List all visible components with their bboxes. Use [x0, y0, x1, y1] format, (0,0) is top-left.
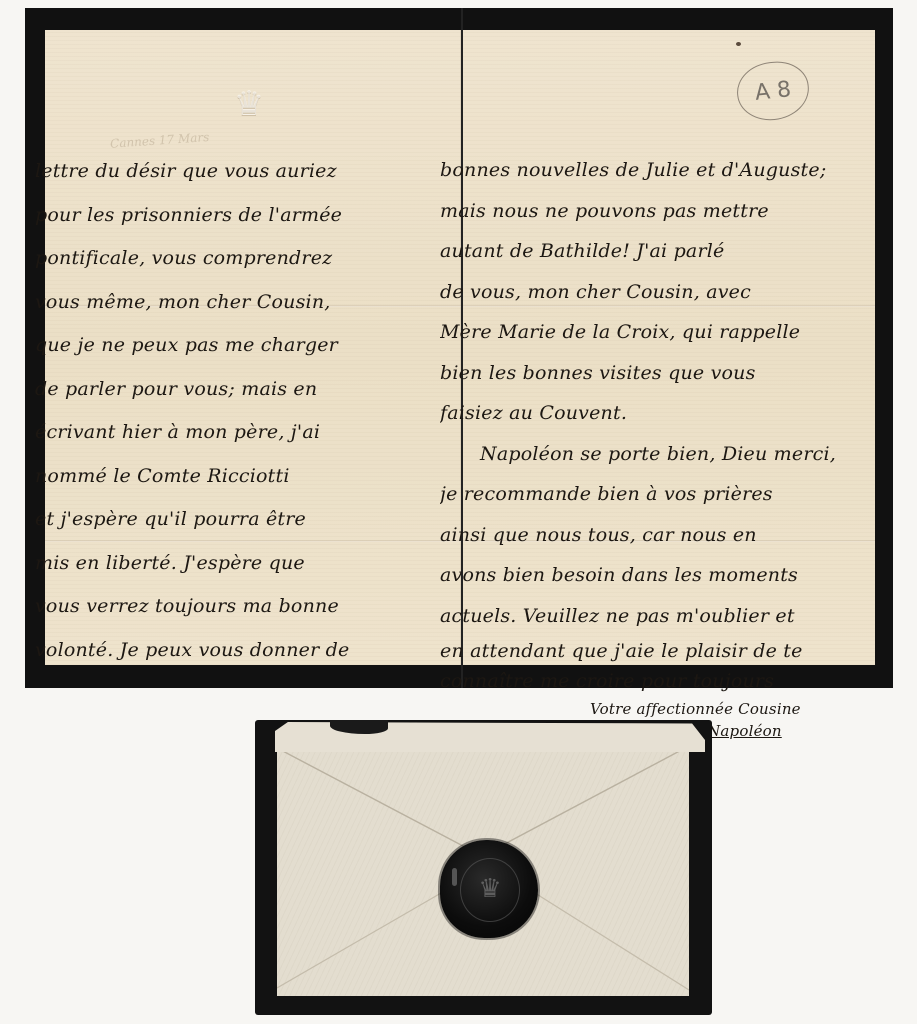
- text-line: Mère Marie de la Croix, qui rappelle: [440, 312, 840, 353]
- text-line: lettre du désir que vous auriez: [35, 150, 425, 194]
- text-line: et j'espère qu'il pourra être: [35, 498, 425, 542]
- text-line: avons bien besoin dans les moments: [440, 555, 840, 596]
- text-line: nommé le Comte Ricciotti: [35, 455, 425, 499]
- wax-seal-icon: ♛: [440, 840, 538, 938]
- text-line: vous verrez toujours ma bonne: [35, 585, 425, 629]
- right-column-text: bonnes nouvelles de Julie et d'Auguste; …: [440, 150, 840, 742]
- text-line: pontificale, vous comprendrez: [35, 237, 425, 281]
- text-line: vous même, mon cher Cousin,: [35, 281, 425, 325]
- text-line: bien les bonnes visites que vous: [440, 353, 840, 394]
- text-line: écrivant hier à mon père, j'ai: [35, 411, 425, 455]
- text-line: je recommande bien à vos prières: [440, 474, 840, 515]
- text-line: faisiez au Couvent.: [440, 393, 840, 434]
- text-line: de parler pour vous; mais en: [35, 368, 425, 412]
- text-line: pour les prisonniers de l'armée: [35, 194, 425, 238]
- seal-crest: ♛: [460, 858, 520, 922]
- text-line: connaître me croire pour toujours: [440, 666, 840, 696]
- ink-spot: [736, 42, 741, 46]
- closing: Votre affectionnée Cousine: [440, 698, 840, 720]
- text-line: bonnes nouvelles de Julie et d'Auguste;: [440, 150, 840, 191]
- text-line: mis en liberté. J'espère que: [35, 542, 425, 586]
- seal-highlight: [452, 868, 457, 886]
- faint-heading: Cannes 17 Mars: [110, 129, 221, 151]
- text-line: actuels. Veuillez ne pas m'oublier et: [440, 596, 840, 637]
- archive-mark-label: A 8: [754, 77, 792, 106]
- left-column-text: lettre du désir que vous auriez pour les…: [35, 150, 425, 672]
- text-line: autant de Bathilde! J'ai parlé: [440, 231, 840, 272]
- text-line: ainsi que nous tous, car nous en: [440, 515, 840, 556]
- text-line: Napoléon se porte bien, Dieu merci,: [440, 434, 840, 475]
- text-line: que je ne peux pas me charger: [35, 324, 425, 368]
- text-line: mais nous ne pouvons pas mettre: [440, 191, 840, 232]
- text-line: en attendant que j'aie le plaisir de te: [440, 636, 840, 666]
- text-line: volonté. Je peux vous donner de: [35, 629, 425, 673]
- text-line: de vous, mon cher Cousin, avec: [440, 272, 840, 313]
